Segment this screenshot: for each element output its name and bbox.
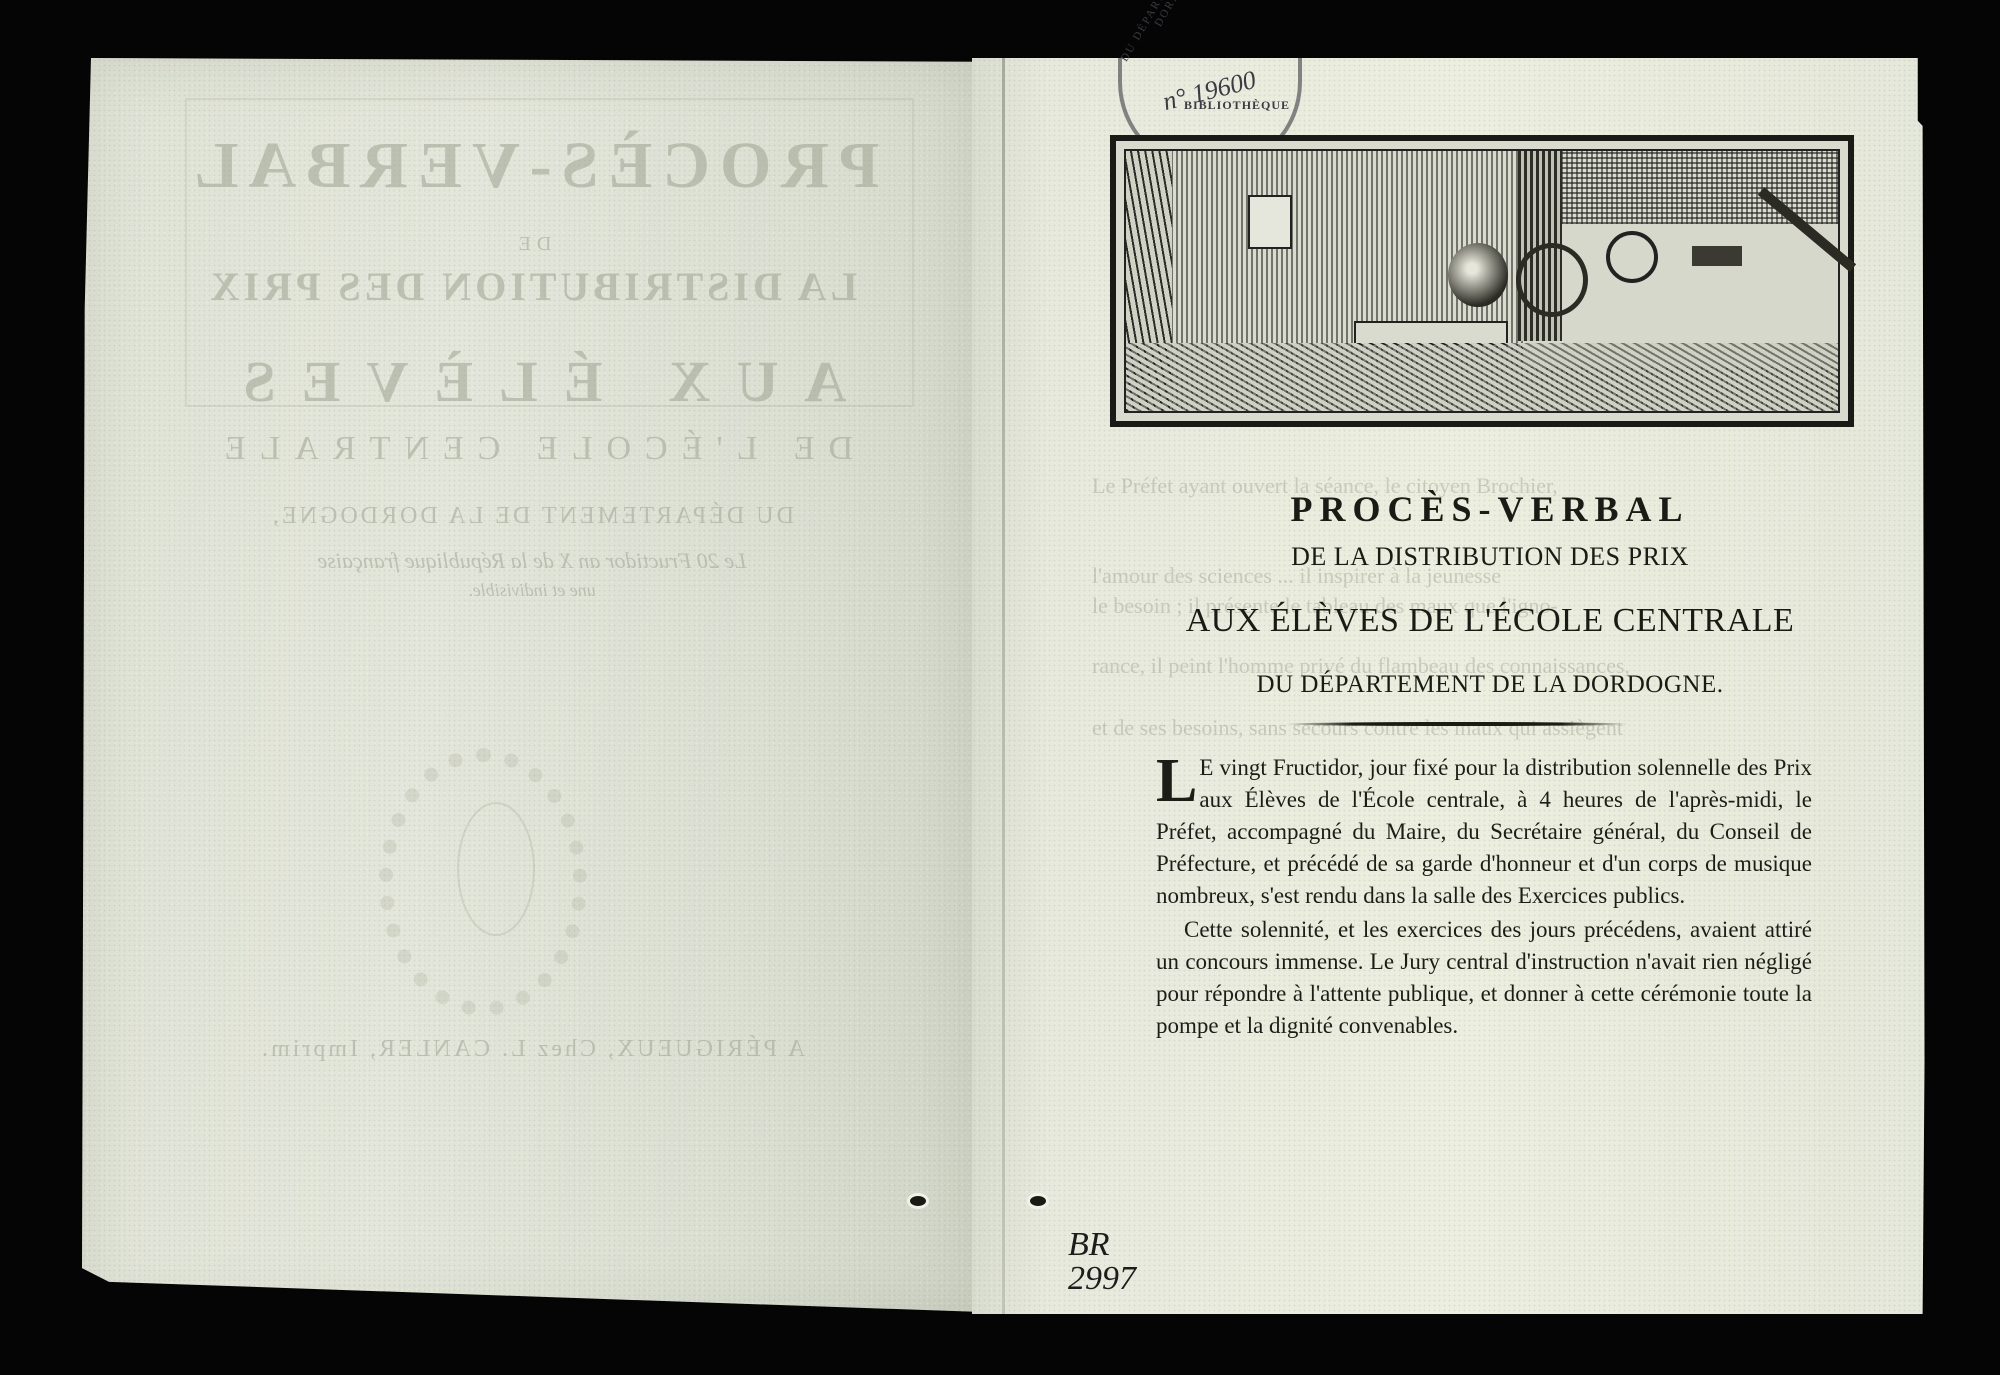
mirrored-offset-text: PROCÈS-VERBAL DE LA DISTRIBUTION DES PRI… [82,58,982,1312]
terrestrial-globe-icon [1448,243,1508,307]
window-icon [1248,195,1292,249]
engraving-scene [1124,149,1840,413]
stamp-arc-text: DU DÉPARTEMENT DE LA DORDOGNE [1116,0,1228,74]
binding-hole-icon [910,1196,926,1206]
mirrored-line: AUX ÉLÈVES [82,348,982,415]
mirrored-line: DE L'ÉCOLE CENTRALE [82,430,982,468]
instruments-floor [1126,343,1838,411]
subtitle-line-2: AUX ÉLÈVES DE L'ÉCOLE CENTRALE [1120,602,1860,640]
mirrored-imprint: A PÉRIGUEUX, Chez L. CANLER, Imprim. [82,1036,982,1063]
drop-cap: L [1156,756,1197,806]
mirrored-line: LA DISTRIBUTION DES PRIX [82,263,982,310]
page-gutter [1002,58,1005,1314]
armillary-sphere-icon [1516,243,1588,317]
call-number-prefix: BR [1068,1228,1136,1262]
subtitle-line-3: DU DÉPARTEMENT DE LA DORDOGNE. [1120,671,1860,699]
hanging-block-icon [1692,246,1742,266]
mirrored-line: Le 20 Fructidor an X de la République fr… [82,548,982,574]
mirrored-line: une et indivisible. [82,580,982,601]
call-number-digits: 2997 [1068,1262,1136,1296]
stamp-label: BIBLIOTHÈQUE [1184,98,1290,113]
mirrored-title: PROCÈS-VERBAL [82,128,982,204]
paragraph-1: LE vingt Fructidor, jour fixé pour la di… [1156,752,1812,912]
table-icon [1354,321,1508,345]
body-text: LE vingt Fructidor, jour fixé pour la di… [1156,752,1812,1042]
woodcut-engraving [1110,135,1854,427]
ornamental-rule [1284,722,1630,726]
paragraph-2: Cette solennité, et les exercices des jo… [1156,914,1812,1042]
left-page: PROCÈS-VERBAL DE LA DISTRIBUTION DES PRI… [82,58,982,1312]
page-title: PROCÈS-VERBAL [1120,488,1860,530]
call-number: BR 2997 [1068,1228,1136,1296]
oval-wreath-vignette-icon [379,748,587,1016]
bleed-through-line: et de ses besoins, sans secours contre l… [1092,712,1623,744]
mirrored-line: DU DÉPARTEMENT DE LA DORDOGNE, [82,503,982,530]
paragraph-1-text: E vingt Fructidor, jour fixé pour la dis… [1156,755,1812,908]
pulley-wheel-icon [1606,231,1658,283]
subtitle-line-1: DE LA DISTRIBUTION DES PRIX [1120,542,1860,572]
binding-hole-icon [1030,1196,1046,1206]
mirrored-line: DE [82,233,982,256]
